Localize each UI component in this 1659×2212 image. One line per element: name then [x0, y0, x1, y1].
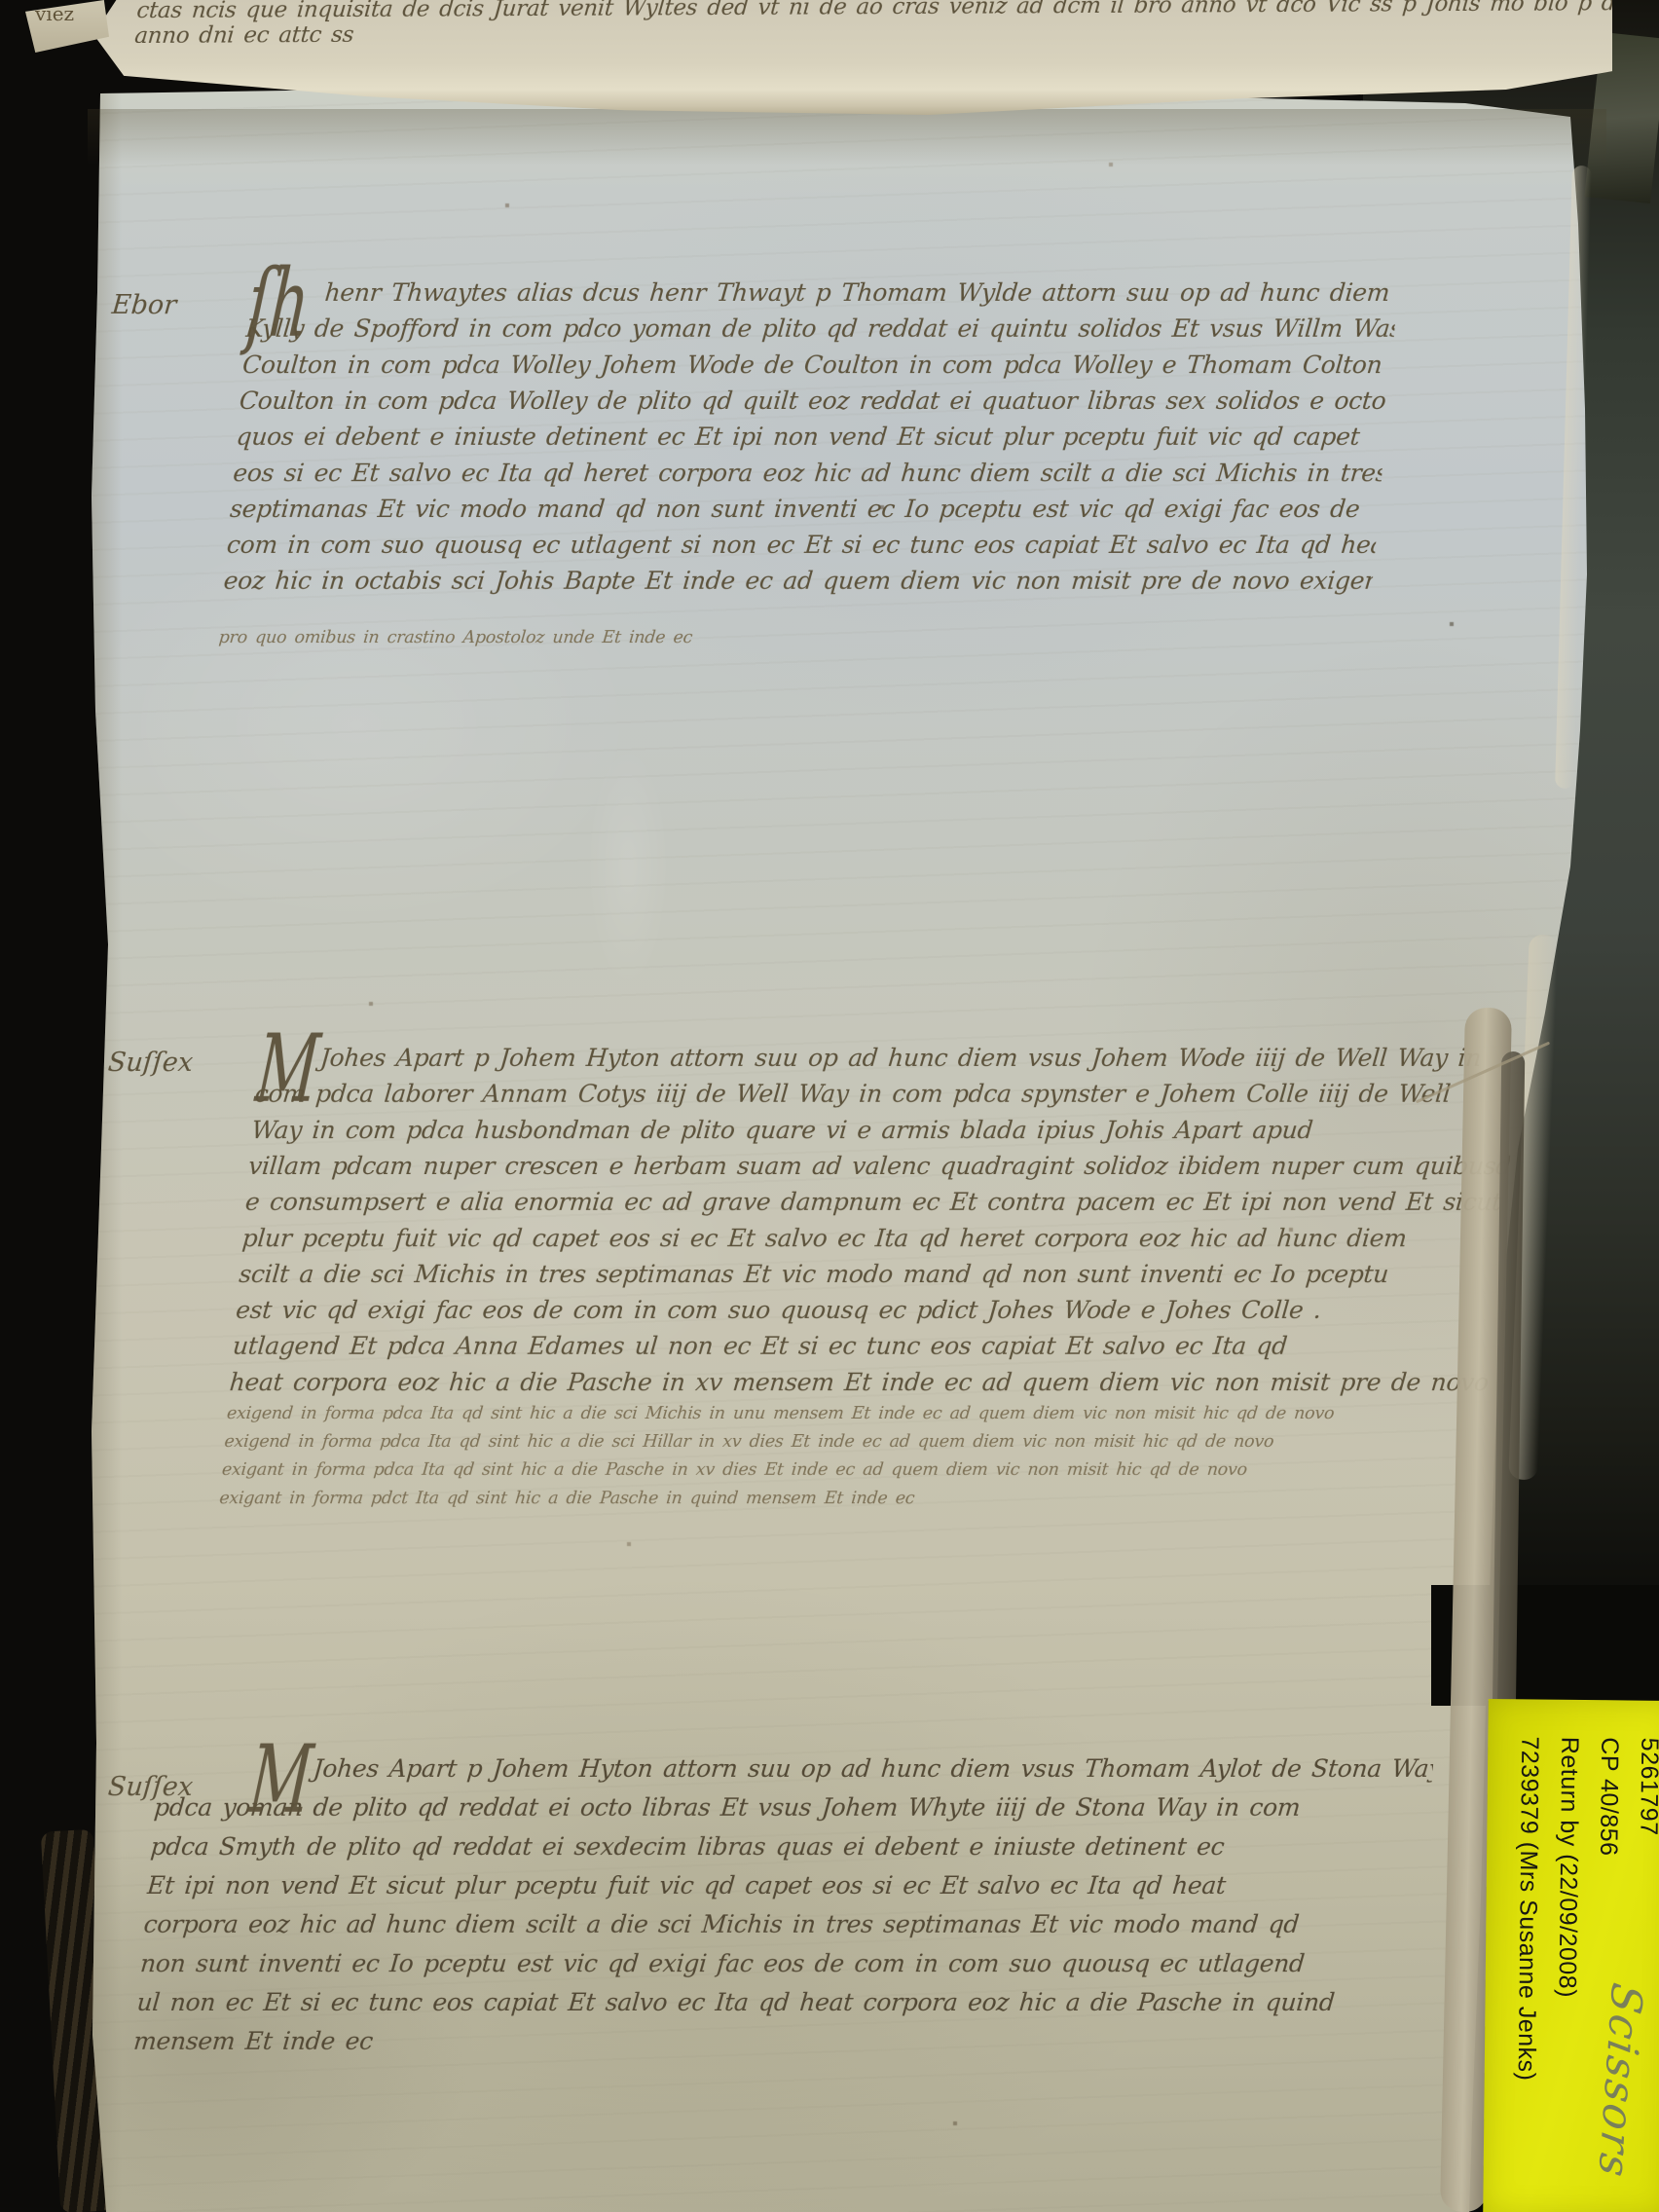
entry-line: pdca Smyth de plito qd reddat ei sexdeci…: [148, 1832, 1426, 1871]
dust-specks: [0, 0, 2, 2]
entry-line: non sunt inventi ec Io pceptu est vic qd…: [138, 1949, 1417, 1988]
margin-county-label-ebor: Ebor: [111, 290, 178, 320]
entry-interline-note: pro quo omibus in crastino Apostoloz und…: [217, 628, 1369, 656]
membrane-corner-tab: viez: [25, 0, 109, 53]
entry-line: Et ipi non vend Et sicut plur pceptu fui…: [145, 1871, 1423, 1910]
entry-line: plur pceptu fuit vic qd capet eos si ec …: [240, 1224, 1504, 1260]
membrane-fold-shadow: [88, 109, 1606, 166]
entry-line: mensem Et inde ec: [131, 2027, 1410, 2066]
entry-line: eos si ec Et salvo ec Ita qd heret corpo…: [232, 459, 1383, 495]
manuscript-photo: Ebor ſh henr Thwaytes alias dcus henr Th…: [0, 0, 1659, 2212]
entry-line: scilt a die sci Michis in tres septimana…: [238, 1260, 1501, 1296]
entry-line: Johes Apart p Johem Hyton attorn suu op …: [155, 1754, 1433, 1793]
entry-interline-note: exigant in forma pdca Ita qd sint hic a …: [220, 1460, 1484, 1489]
note-return-by-date: Return by (22/09/2008): [1544, 1737, 1589, 2212]
entry-line: com pdca laborer Annam Cotys iiij de Wel…: [253, 1080, 1517, 1116]
note-reader-reference: 7239379 (Mrs Susanne Jenks): [1504, 1736, 1549, 2212]
entry-line: quos ei debent e iniuste detinent ec Et …: [235, 423, 1386, 459]
parchment-page: Ebor ſh henr Thwaytes alias dcus henr Th…: [83, 88, 1602, 2212]
entry-line: Coulton in com pdca Wolley de plito qd q…: [238, 387, 1389, 423]
entry-initial: M: [254, 1036, 321, 1102]
membrane-corner-fragment: viez: [35, 2, 74, 25]
entry-interline-note: exigant in forma pdct Ita qd sint hic a …: [218, 1489, 1482, 1517]
entry-line: septimanas Et vic modo mand qd non sunt …: [228, 495, 1380, 531]
entry-initial: M: [247, 1747, 314, 1813]
margin-county-label-sussex-1: Suſſex: [107, 1048, 195, 1078]
plea-entry-2: M Johes Apart p Johem Hyton attorn suu o…: [218, 1044, 1521, 1517]
entry-line: villam pdcam nuper crescen e herbam suam…: [246, 1152, 1510, 1188]
entry-line: est vic qd exigi fac eos de com in com s…: [234, 1296, 1497, 1332]
entry-line: ul non ec Et si ec tunc eos capiat Et sa…: [135, 1988, 1414, 2027]
entry-line: eoz hic in octabis sci Johis Bapte Et in…: [222, 567, 1374, 603]
margin-county-label-sussex-2: Suſſex: [107, 1772, 195, 1802]
entry-line: Coulton in com pdca Wolley Johem Wode de…: [240, 350, 1392, 387]
entry-line: e consumpsert e alia enormia ec ad grave…: [243, 1188, 1507, 1224]
entry-line: Kylly de Spofford in com pdco yoman de p…: [243, 314, 1395, 350]
parchment-crease: [584, 701, 672, 1032]
plea-entry-1: ſh henr Thwaytes alias dcus henr Thwayt …: [217, 278, 1399, 656]
entry-line: corpora eoz hic ad hunc diem scilt a die…: [142, 1910, 1420, 1949]
entry-interline-note: exigend in forma pdca Ita qd sint hic a …: [223, 1432, 1487, 1460]
plea-entry-3: M Johes Apart p Johem Hyton attorn suu o…: [131, 1754, 1434, 2066]
entry-line: Way in com pdca husbondman de plito quar…: [250, 1116, 1514, 1152]
entry-line: com in com suo quousq ec utlagent si non…: [225, 531, 1377, 567]
entry-line: pdca yoman de plito qd reddat ei octo li…: [152, 1793, 1430, 1832]
entry-line: utlagend Et pdca Anna Edames ul non ec E…: [231, 1332, 1494, 1368]
membrane-text-line: ctas ncis que inquisita de dcis Jurat ve…: [134, 0, 1612, 43]
entry-initial: ſh: [245, 271, 312, 337]
entry-interline-note: exigend in forma pdca Ita qd sint hic a …: [225, 1404, 1489, 1432]
entry-line: henr Thwaytes alias dcus henr Thwayt p T…: [247, 278, 1399, 314]
entry-line: heat corpora eoz hic a die Pasche in xv …: [228, 1368, 1492, 1404]
entry-line: Johes Apart p Johem Hyton attorn suu op …: [256, 1044, 1520, 1080]
